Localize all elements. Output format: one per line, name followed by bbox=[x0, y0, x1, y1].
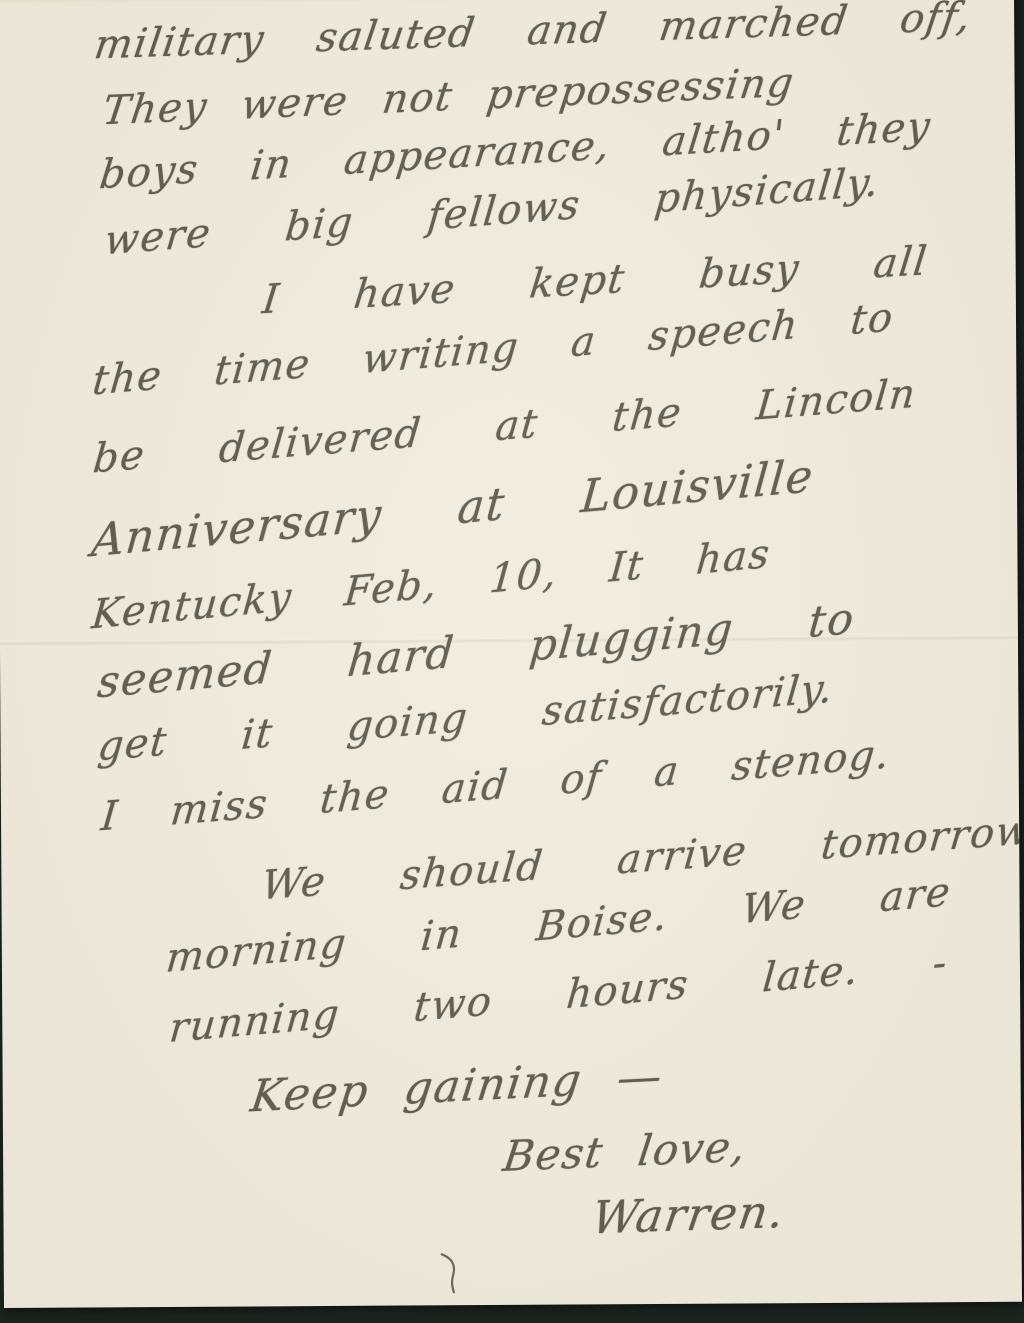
letter-closing-line: Best love, bbox=[500, 1122, 750, 1181]
letter-page: military saluted and marched off, They w… bbox=[0, 0, 1022, 1308]
letter-line: military saluted and marched off, bbox=[91, 0, 974, 68]
scan-mat-background: military saluted and marched off, They w… bbox=[0, 0, 1024, 1323]
signature-line: Warren. bbox=[589, 1185, 789, 1244]
letter-line: Keep gaining — bbox=[248, 1051, 666, 1123]
stray-pen-mark bbox=[438, 1250, 464, 1294]
